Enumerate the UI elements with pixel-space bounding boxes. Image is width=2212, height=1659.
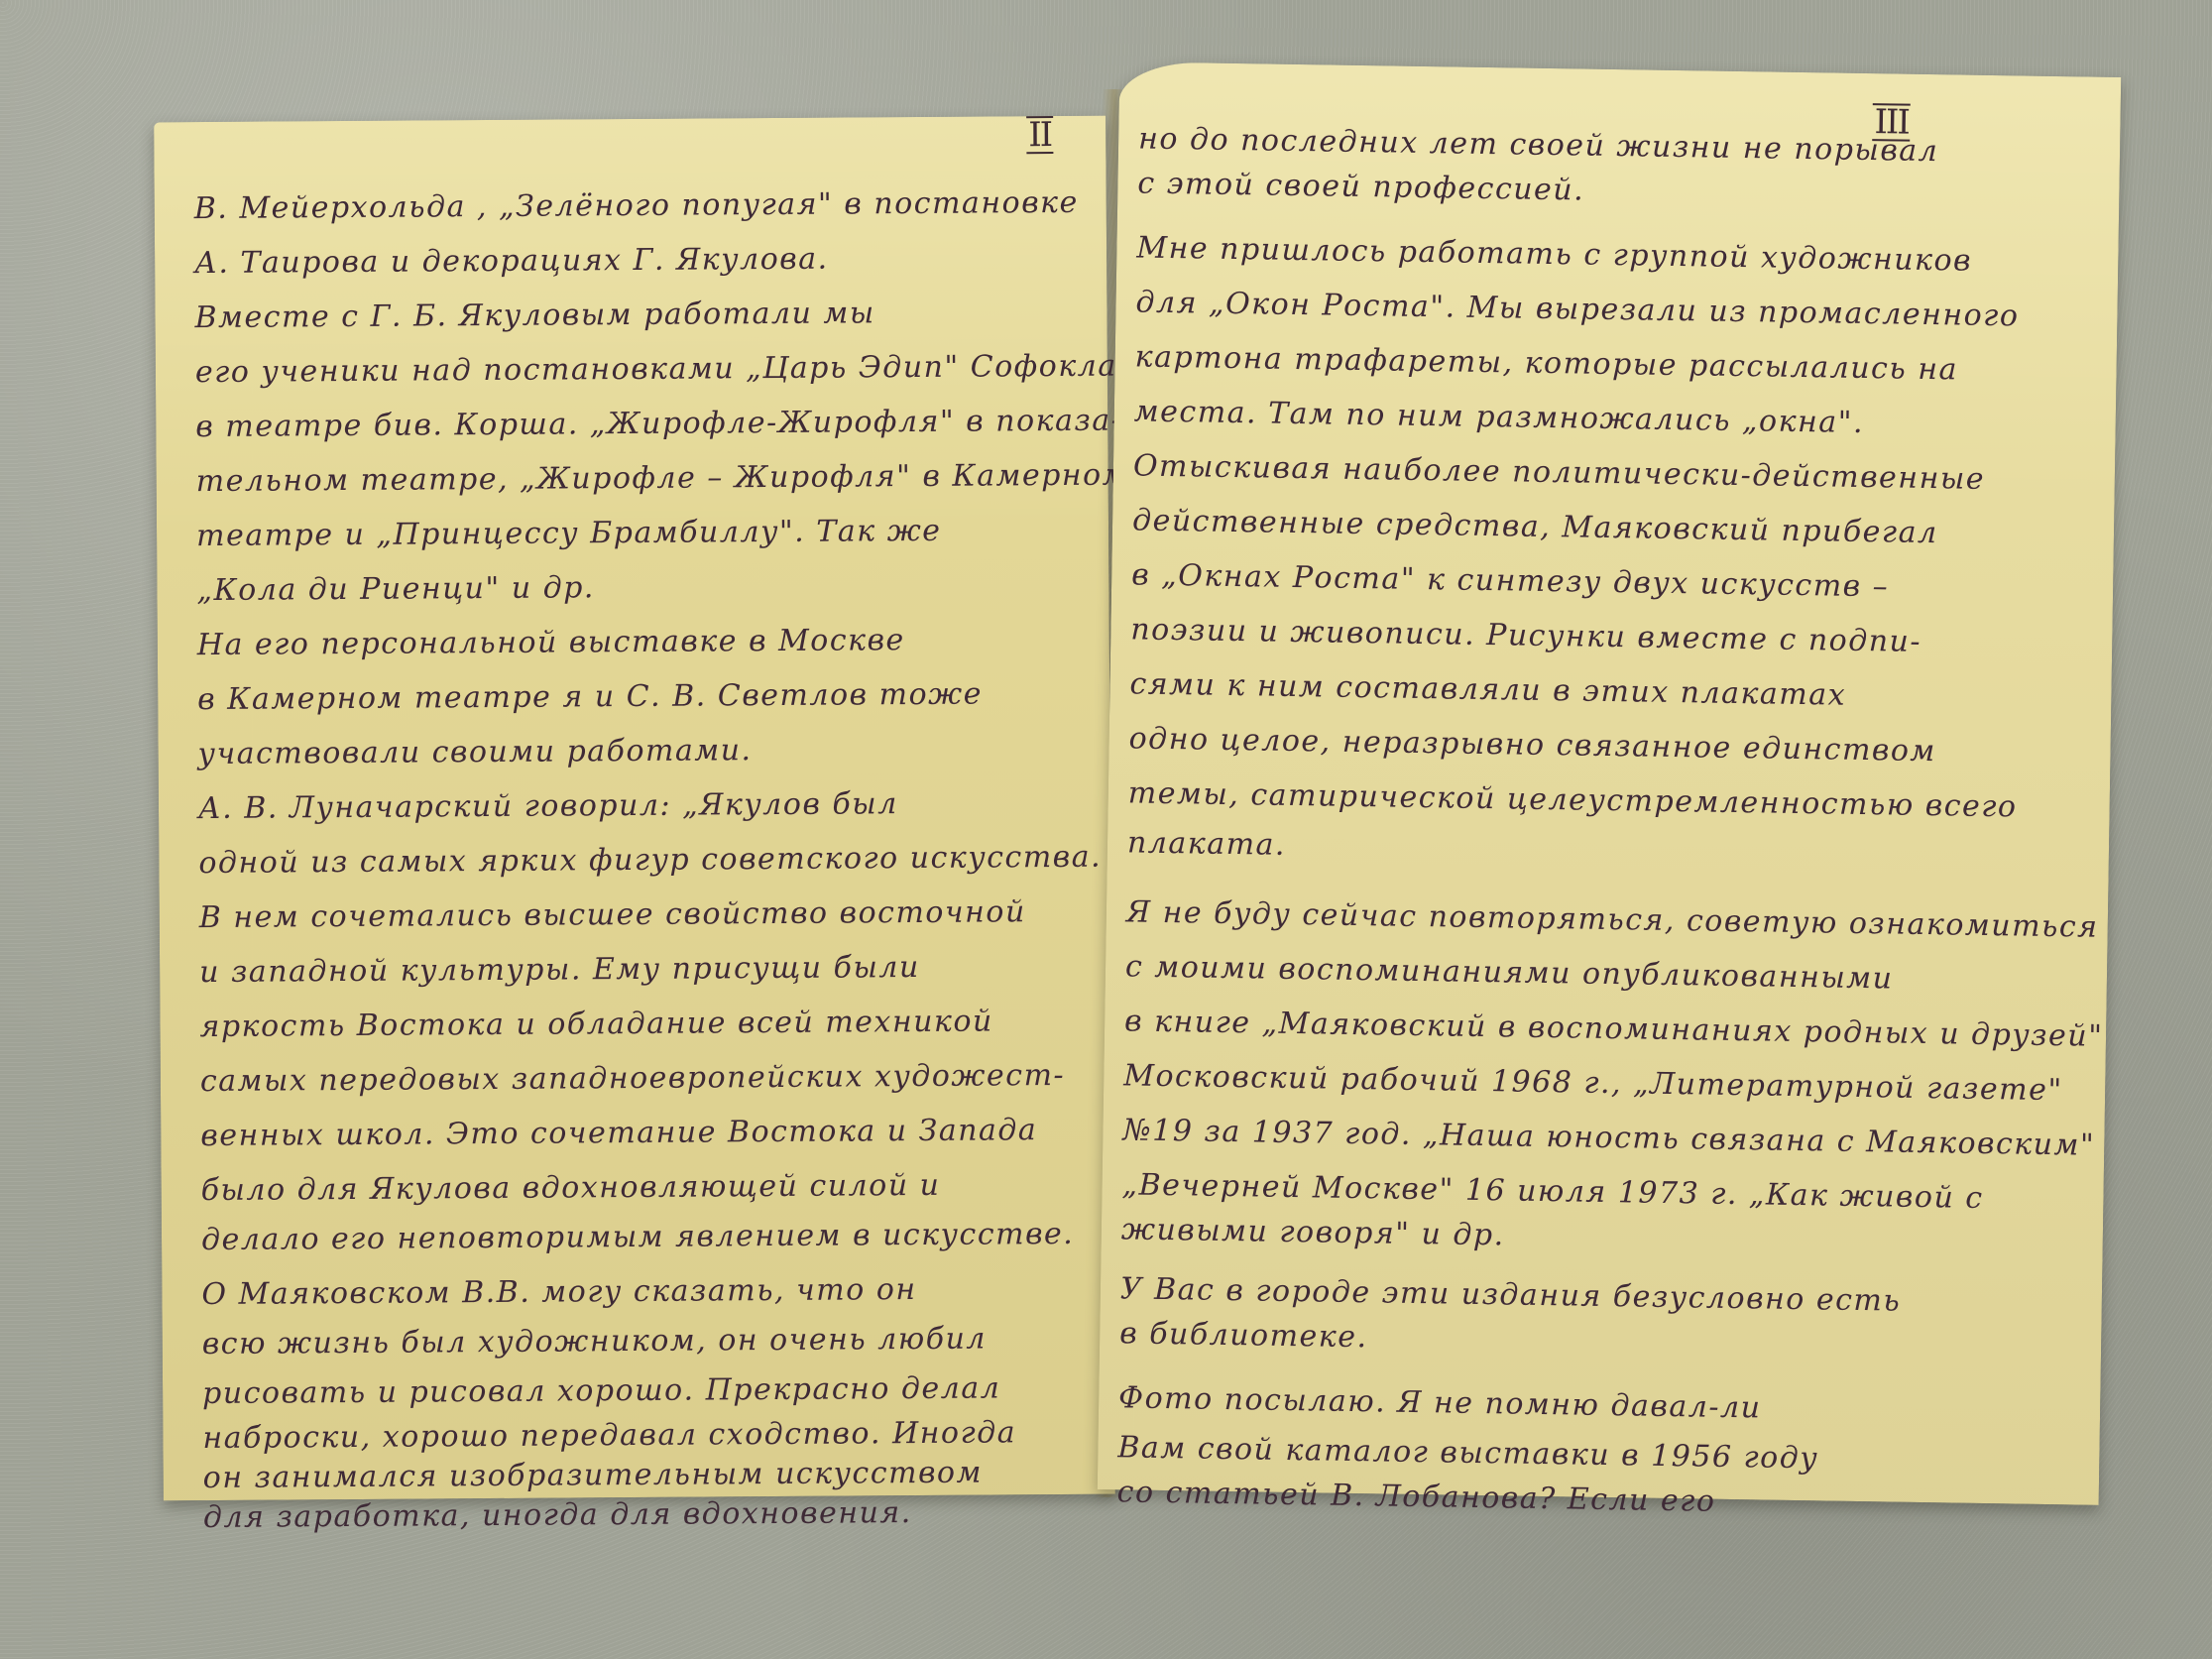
text-line: Вам свой каталог выставки в 1956 году — [1117, 1430, 1818, 1476]
text-line: театре и „Принцессу Брамбиллу". Так же — [196, 514, 942, 553]
text-line: с этой своей профессией. — [1137, 166, 1584, 207]
text-line: картона трафареты, которые рассылались н… — [1134, 339, 1958, 387]
text-line: О Маяковском В.В. могу сказать, что он — [201, 1272, 916, 1312]
text-line: в театре бив. Корша. „Жирофле-Жирофля" в… — [195, 404, 1122, 445]
text-line: В. Мейерхольда , „Зелёного попугая" в по… — [194, 185, 1079, 226]
text-line: поэзии и живописи. Рисунки вместе с подп… — [1130, 612, 1921, 659]
text-line: №19 за 1937 год. „Наша юность связана с … — [1122, 1113, 2095, 1162]
text-line: всю жизнь был художником, он очень любил — [202, 1322, 987, 1363]
text-line: места. Там по ним размножались „окна". — [1134, 394, 1865, 440]
text-line: рисовать и рисовал хорошо. Прекрасно дел… — [202, 1370, 1000, 1411]
text-line: участвовали своими работами. — [197, 733, 752, 771]
text-line: венных школ. Это сочетание Востока и Зап… — [200, 1113, 1037, 1153]
text-line: в Камерном театре я и С. В. Светлов тоже — [197, 677, 983, 718]
text-line: для „Окон Роста". Мы вырезали из промасл… — [1135, 285, 2019, 333]
document-spread: II В. Мейерхольда , „Зелёного попугая" в… — [0, 0, 2212, 1659]
page-left: II В. Мейерхольда , „Зелёного попугая" в… — [154, 116, 1115, 1501]
text-line: „Кола ди Риенци" и др. — [196, 570, 595, 608]
text-line: в библиотеке. — [1119, 1316, 1368, 1355]
text-line: Я не буду сейчас повторяться, советую оз… — [1126, 894, 2099, 944]
text-line: сями к ним составляли в этих плакатах — [1129, 666, 1846, 712]
text-line: для заработка, иногда для вдохновения. — [203, 1495, 912, 1535]
text-line: Фото посылаю. Я не помню давал-ли — [1118, 1380, 1762, 1425]
text-line: А. В. Луначарский говорил: „Якулов был — [198, 786, 898, 826]
text-line: На его персональной выставке в Москве — [197, 623, 905, 662]
text-line: он занимался изобразительным искусством — [203, 1456, 983, 1495]
text-line: темы, сатирической целеустремленностью в… — [1128, 775, 2018, 824]
text-line: действенные средства, Маяковский прибега… — [1132, 503, 1938, 550]
text-line: Вместе с Г. Б. Якуловым работали мы — [194, 296, 874, 335]
text-line: яркость Востока и обладание всей технико… — [199, 1004, 993, 1044]
text-line: его ученики над постановками „Царь Эдип"… — [195, 349, 1117, 390]
text-line: живыми говоря" и др. — [1121, 1212, 1505, 1252]
page-right: III но до последних лет своей жизни не п… — [1098, 61, 2121, 1505]
text-line: У Вас в городе эти издания безусловно ес… — [1120, 1271, 1902, 1318]
text-line: одной из самых ярких фигур советского ис… — [198, 840, 1102, 881]
text-line: в книге „Маяковский в воспоминаниях родн… — [1124, 1004, 2104, 1054]
text-line: А. Таирова и декорациях Г. Якулова. — [194, 242, 829, 281]
text-line: В нем сочетались высшее свойство восточн… — [199, 894, 1026, 935]
text-line: Отыскивая наиболее политически-действенн… — [1133, 448, 1986, 496]
text-line: наброски, хорошо передавал сходство. Ино… — [202, 1415, 1016, 1456]
text-line: тельном театре, „Жирофле – Жирофля" в Ка… — [196, 458, 1129, 500]
text-line: делало его неповторимым явлением в искус… — [201, 1217, 1074, 1257]
text-line: Московский рабочий 1968 г., „Литературно… — [1123, 1058, 2063, 1108]
handwritten-lines-left: В. Мейерхольда , „Зелёного попугая" в по… — [154, 116, 1106, 123]
handwritten-lines-right: но до последних лет своей жизни не порыв… — [1119, 61, 2121, 77]
text-line: плаката. — [1127, 825, 1287, 863]
text-line: со статьей В. Лобанова? Если его — [1116, 1475, 1715, 1518]
text-line: „Вечерней Москве" 16 июля 1973 г. „Как ж… — [1121, 1167, 1984, 1216]
text-line: самых передовых западноевропейских худож… — [200, 1058, 1065, 1099]
text-line: было для Якулова вдохновляющей силой и — [201, 1168, 941, 1208]
text-line: но до последних лет своей жизни не порыв… — [1138, 121, 1939, 169]
page-number-left: II — [1026, 116, 1053, 154]
text-line: с моими воспоминаниями опубликованными — [1125, 949, 1894, 996]
text-line: одно целое, неразрывно связанное единств… — [1128, 721, 1936, 769]
text-line: и западной культуры. Ему присущи были — [199, 950, 920, 990]
text-line: в „Окнах Роста" к синтезу двух искусств … — [1131, 557, 1889, 604]
text-line: Мне пришлось работать с группой художник… — [1136, 230, 1972, 278]
